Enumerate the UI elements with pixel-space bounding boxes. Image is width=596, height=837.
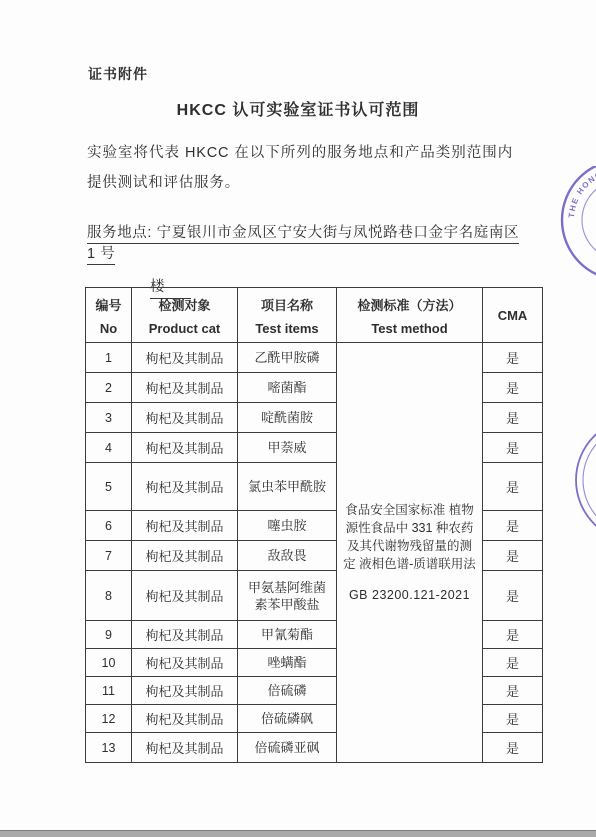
header-product-en: Product cat — [136, 321, 233, 336]
row-number-cell: 1 — [86, 343, 132, 373]
product-category-cell: 枸杞及其制品 — [132, 433, 238, 463]
test-method-standard: 食品安全国家标准 植物源性食品中 331 种农药及其代谢物残留量的测定 液相色谱… — [341, 501, 478, 573]
cma-cell: 是 — [483, 677, 543, 705]
test-item-cell: 乙酰甲胺磷 — [238, 343, 337, 373]
test-item-cell: 倍硫磷砜 — [238, 705, 337, 733]
product-category-cell: 枸杞及其制品 — [132, 621, 238, 649]
test-method-cell: 食品安全国家标准 植物源性食品中 331 种农药及其代谢物残留量的测定 液相色谱… — [337, 343, 483, 763]
row-number-cell: 5 — [86, 463, 132, 511]
table-row: 1枸杞及其制品乙酰甲胺磷食品安全国家标准 植物源性食品中 331 种农药及其代谢… — [86, 343, 543, 373]
header-method: 检测标准（方法） Test method — [337, 288, 483, 343]
cma-cell: 是 — [483, 343, 543, 373]
certification-stamp-top-icon: THE HONG K — [552, 166, 596, 276]
table-header-row: 编号 No 检测对象 Product cat 项目名称 Test items 检… — [86, 288, 543, 343]
header-method-en: Test method — [341, 321, 478, 336]
cma-cell: 是 — [483, 733, 543, 763]
header-no-zh: 编号 — [90, 295, 127, 314]
cma-cell: 是 — [483, 463, 543, 511]
intro-paragraph: 实验室将代表 HKCC 在以下所列的服务地点和产品类别范围内提供测试和评估服务。 — [87, 138, 513, 198]
product-category-cell: 枸杞及其制品 — [132, 677, 238, 705]
header-no-en: No — [90, 321, 127, 336]
header-item-en: Test items — [242, 321, 332, 336]
test-item-cell: 甲萘威 — [238, 433, 337, 463]
cma-cell: 是 — [483, 433, 543, 463]
cma-cell: 是 — [483, 541, 543, 571]
test-item-cell: 啶酰菌胺 — [238, 403, 337, 433]
test-item-cell: 倍硫磷亚砜 — [238, 733, 337, 763]
certification-stamp-bottom-icon — [570, 425, 596, 540]
header-cma: CMA — [483, 288, 543, 343]
service-location-label: 服务地点: — [87, 225, 152, 241]
cma-cell: 是 — [483, 511, 543, 541]
scan-edge-bar — [0, 830, 596, 837]
product-category-cell: 枸杞及其制品 — [132, 705, 238, 733]
cma-cell: 是 — [483, 373, 543, 403]
svg-text:THE HONG K: THE HONG K — [567, 166, 596, 218]
cma-cell: 是 — [483, 621, 543, 649]
product-category-cell: 枸杞及其制品 — [132, 403, 238, 433]
header-product-zh: 检测对象 — [136, 295, 233, 314]
header-product: 检测对象 Product cat — [132, 288, 238, 343]
test-item-cell: 倍硫磷 — [238, 677, 337, 705]
document-page: 证书附件 HKCC 认可实验室证书认可范围 实验室将代表 HKCC 在以下所列的… — [0, 0, 596, 837]
stamp-text: THE HONG K — [567, 166, 596, 218]
cma-cell: 是 — [483, 403, 543, 433]
attachment-label: 证书附件 — [88, 64, 148, 84]
row-number-cell: 13 — [86, 733, 132, 763]
accreditation-scope-table: 编号 No 检测对象 Product cat 项目名称 Test items 检… — [85, 287, 543, 763]
header-method-zh: 检测标准（方法） — [341, 295, 478, 314]
product-category-cell: 枸杞及其制品 — [132, 343, 238, 373]
service-location-line1: 服务地点: 宁夏银川市金凤区宁安大街与凤悦路巷口金宇名庭南区 1 号 — [87, 225, 519, 265]
test-item-cell: 甲氨基阿维菌素苯甲酸盐 — [238, 571, 337, 621]
product-category-cell: 枸杞及其制品 — [132, 541, 238, 571]
product-category-cell: 枸杞及其制品 — [132, 373, 238, 403]
row-number-cell: 12 — [86, 705, 132, 733]
header-item-zh: 项目名称 — [242, 295, 332, 314]
row-number-cell: 9 — [86, 621, 132, 649]
row-number-cell: 8 — [86, 571, 132, 621]
test-item-cell: 敌敌畏 — [238, 541, 337, 571]
row-number-cell: 11 — [86, 677, 132, 705]
cma-cell: 是 — [483, 571, 543, 621]
product-category-cell: 枸杞及其制品 — [132, 511, 238, 541]
product-category-cell: 枸杞及其制品 — [132, 571, 238, 621]
cma-cell: 是 — [483, 705, 543, 733]
service-location-address: 宁夏银川市金凤区宁安大街与凤悦路巷口金宇名庭南区 1 号 — [87, 225, 519, 262]
header-no: 编号 No — [86, 288, 132, 343]
test-method-code: GB 23200.121-2021 — [341, 586, 478, 604]
test-item-cell: 嘧菌酯 — [238, 373, 337, 403]
test-item-cell: 氯虫苯甲酰胺 — [238, 463, 337, 511]
page-title: HKCC 认可实验室证书认可范围 — [0, 97, 596, 120]
product-category-cell: 枸杞及其制品 — [132, 733, 238, 763]
product-category-cell: 枸杞及其制品 — [132, 463, 238, 511]
row-number-cell: 2 — [86, 373, 132, 403]
row-number-cell: 3 — [86, 403, 132, 433]
cma-cell: 是 — [483, 649, 543, 677]
test-item-cell: 唑螨酯 — [238, 649, 337, 677]
row-number-cell: 10 — [86, 649, 132, 677]
product-category-cell: 枸杞及其制品 — [132, 649, 238, 677]
row-number-cell: 4 — [86, 433, 132, 463]
row-number-cell: 7 — [86, 541, 132, 571]
test-item-cell: 甲氰菊酯 — [238, 621, 337, 649]
row-number-cell: 6 — [86, 511, 132, 541]
header-item: 项目名称 Test items — [238, 288, 337, 343]
table-body: 1枸杞及其制品乙酰甲胺磷食品安全国家标准 植物源性食品中 331 种农药及其代谢… — [86, 343, 543, 763]
test-item-cell: 噻虫胺 — [238, 511, 337, 541]
